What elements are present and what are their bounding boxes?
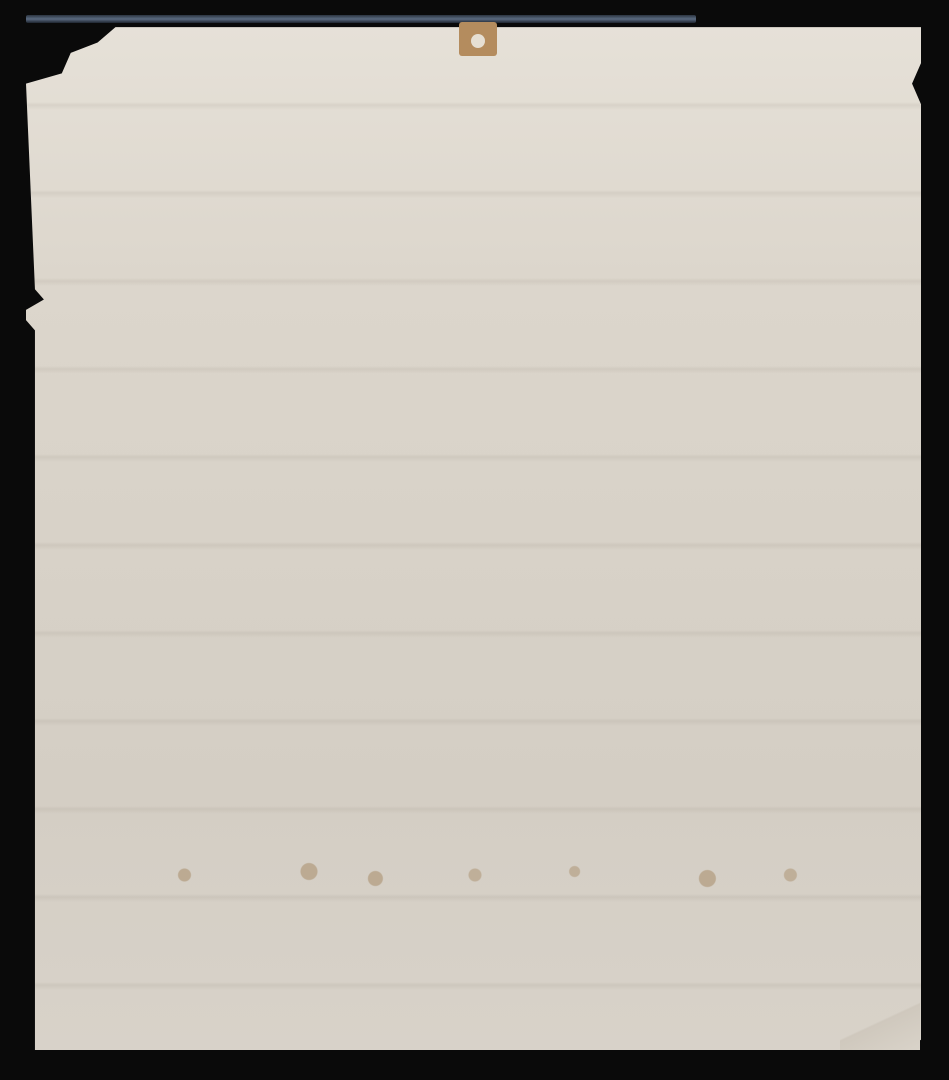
corner-fold bbox=[840, 995, 920, 1050]
tab-hole bbox=[471, 34, 485, 48]
glass-edge bbox=[26, 15, 696, 23]
photo bbox=[0, 0, 949, 1080]
hanging-tab bbox=[459, 22, 497, 56]
foxing-stains bbox=[60, 840, 890, 910]
